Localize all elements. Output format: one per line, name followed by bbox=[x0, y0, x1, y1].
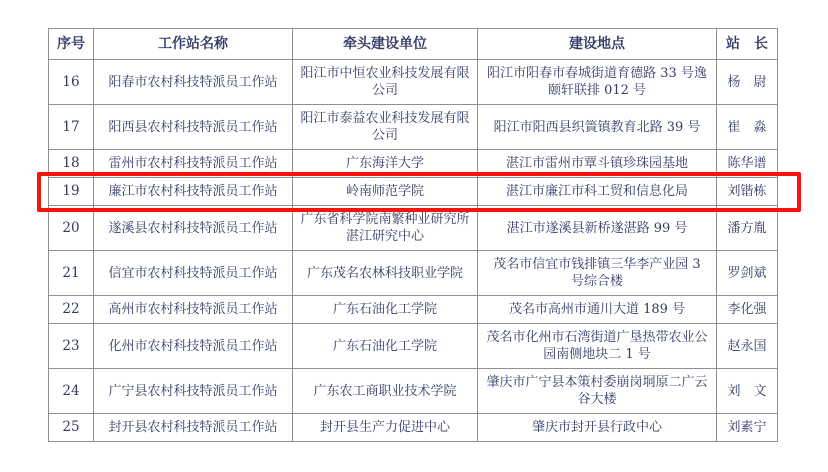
cell-unit: 岭南师范学院 bbox=[293, 178, 478, 206]
table-row: 23化州市农村科技特派员工作站广东石油化工学院茂名市化州市石湾街道广垦热带农业公… bbox=[49, 324, 778, 369]
cell-no: 25 bbox=[49, 414, 94, 442]
cell-head: 潘方胤 bbox=[717, 206, 778, 251]
cell-unit: 广东茂名农林科技职业学院 bbox=[293, 251, 478, 296]
workstation-table: 序号 工作站名称 牵头建设单位 建设地点 站 长 16阳春市农村科技特派员工作站… bbox=[48, 28, 778, 442]
cell-head: 崔 淼 bbox=[717, 105, 778, 150]
cell-unit: 封开县生产力促进中心 bbox=[293, 414, 478, 442]
cell-unit: 广东海洋大学 bbox=[293, 150, 478, 178]
table-row: 21信宜市农村科技特派员工作站广东茂名农林科技职业学院茂名市信宜市钱排镇三华李产… bbox=[49, 251, 778, 296]
cell-name: 廉江市农村科技特派员工作站 bbox=[94, 178, 293, 206]
cell-head: 罗剑斌 bbox=[717, 251, 778, 296]
cell-no: 22 bbox=[49, 296, 94, 324]
cell-name: 遂溪县农村科技特派员工作站 bbox=[94, 206, 293, 251]
cell-location: 阳江市阳春市春城街道育德路 33 号逸颐轩联排 012 号 bbox=[478, 60, 717, 105]
cell-unit: 阳江市泰益农业科技发展有限公司 bbox=[293, 105, 478, 150]
cell-name: 高州市农村科技特派员工作站 bbox=[94, 296, 293, 324]
header-cell-head: 站 长 bbox=[717, 29, 778, 60]
cell-location: 湛江市廉江市科工贸和信息化局 bbox=[478, 178, 717, 206]
cell-location: 湛江市遂溪县新桥遂湛路 99 号 bbox=[478, 206, 717, 251]
table-row: 19廉江市农村科技特派员工作站岭南师范学院湛江市廉江市科工贸和信息化局刘锴栋 bbox=[49, 178, 778, 206]
cell-no: 17 bbox=[49, 105, 94, 150]
cell-location: 肇庆市广宁县本策村委崩岗垌原二广云谷大楼 bbox=[478, 369, 717, 414]
header-row: 序号 工作站名称 牵头建设单位 建设地点 站 长 bbox=[49, 29, 778, 60]
cell-no: 18 bbox=[49, 150, 94, 178]
cell-name: 封开县农村科技特派员工作站 bbox=[94, 414, 293, 442]
cell-location: 阳江市阳西县织篢镇教育北路 39 号 bbox=[478, 105, 717, 150]
cell-unit: 广东省科学院南繁种业研究所湛江研究中心 bbox=[293, 206, 478, 251]
cell-head: 刘 文 bbox=[717, 369, 778, 414]
cell-unit: 阳江市中恒农业科技发展有限公司 bbox=[293, 60, 478, 105]
cell-no: 19 bbox=[49, 178, 94, 206]
cell-location: 茂名市化州市石湾街道广垦热带农业公园南侧地块二 1 号 bbox=[478, 324, 717, 369]
header-cell-no: 序号 bbox=[49, 29, 94, 60]
header-cell-name: 工作站名称 bbox=[94, 29, 293, 60]
header-cell-location: 建设地点 bbox=[478, 29, 717, 60]
cell-head: 李化强 bbox=[717, 296, 778, 324]
table-row: 20遂溪县农村科技特派员工作站广东省科学院南繁种业研究所湛江研究中心湛江市遂溪县… bbox=[49, 206, 778, 251]
cell-name: 信宜市农村科技特派员工作站 bbox=[94, 251, 293, 296]
cell-location: 湛江市雷州市覃斗镇珍珠园基地 bbox=[478, 150, 717, 178]
cell-unit: 广东农工商职业技术学院 bbox=[293, 369, 478, 414]
cell-unit: 广东石油化工学院 bbox=[293, 324, 478, 369]
cell-no: 20 bbox=[49, 206, 94, 251]
table-row: 22高州市农村科技特派员工作站广东石油化工学院茂名市高州市通川大道 189 号李… bbox=[49, 296, 778, 324]
table-row: 17阳西县农村科技特派员工作站阳江市泰益农业科技发展有限公司阳江市阳西县织篢镇教… bbox=[49, 105, 778, 150]
cell-name: 阳西县农村科技特派员工作站 bbox=[94, 105, 293, 150]
header-cell-unit: 牵头建设单位 bbox=[293, 29, 478, 60]
cell-name: 雷州市农村科技特派员工作站 bbox=[94, 150, 293, 178]
table-header: 序号 工作站名称 牵头建设单位 建设地点 站 长 bbox=[49, 29, 778, 60]
cell-unit: 广东石油化工学院 bbox=[293, 296, 478, 324]
cell-head: 刘素宁 bbox=[717, 414, 778, 442]
cell-head: 刘锴栋 bbox=[717, 178, 778, 206]
cell-name: 广宁县农村科技特派员工作站 bbox=[94, 369, 293, 414]
cell-no: 16 bbox=[49, 60, 94, 105]
cell-location: 肇庆市封开县行政中心 bbox=[478, 414, 717, 442]
cell-head: 杨 尉 bbox=[717, 60, 778, 105]
table-body: 16阳春市农村科技特派员工作站阳江市中恒农业科技发展有限公司阳江市阳春市春城街道… bbox=[49, 60, 778, 442]
cell-name: 化州市农村科技特派员工作站 bbox=[94, 324, 293, 369]
table-row: 16阳春市农村科技特派员工作站阳江市中恒农业科技发展有限公司阳江市阳春市春城街道… bbox=[49, 60, 778, 105]
cell-location: 茂名市信宜市钱排镇三华李产业园 3 号综合楼 bbox=[478, 251, 717, 296]
cell-name: 阳春市农村科技特派员工作站 bbox=[94, 60, 293, 105]
cell-head: 赵永国 bbox=[717, 324, 778, 369]
cell-head: 陈华谱 bbox=[717, 150, 778, 178]
table-row: 24广宁县农村科技特派员工作站广东农工商职业技术学院肇庆市广宁县本策村委崩岗垌原… bbox=[49, 369, 778, 414]
cell-no: 23 bbox=[49, 324, 94, 369]
cell-no: 21 bbox=[49, 251, 94, 296]
cell-no: 24 bbox=[49, 369, 94, 414]
table-row: 18雷州市农村科技特派员工作站广东海洋大学湛江市雷州市覃斗镇珍珠园基地陈华谱 bbox=[49, 150, 778, 178]
cell-location: 茂名市高州市通川大道 189 号 bbox=[478, 296, 717, 324]
table-row: 25封开县农村科技特派员工作站封开县生产力促进中心肇庆市封开县行政中心刘素宁 bbox=[49, 414, 778, 442]
